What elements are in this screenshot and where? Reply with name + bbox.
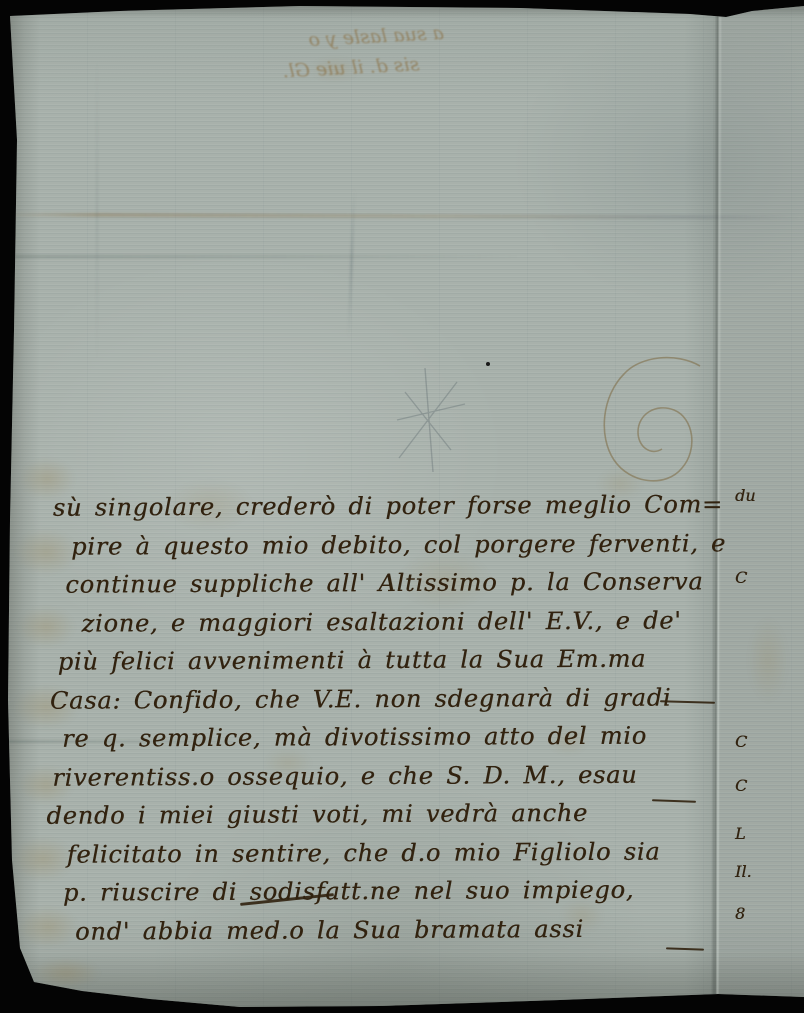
- right-page-fragment: du: [735, 486, 756, 505]
- vertical-wrinkle: [96, 60, 98, 360]
- right-page-fragment: C: [735, 776, 747, 795]
- right-page-fragment: Il.: [735, 862, 752, 881]
- manuscript-line: re q. semplice, mà divotissimo atto del …: [62, 716, 736, 758]
- manuscript-line: zione, e maggiori esaltazioni dell' E.V.…: [81, 601, 735, 643]
- scanned-letter-image: a sua lasle y o sis d. il uie Gl. sù sin…: [0, 0, 804, 1013]
- manuscript-line: felicitato in sentire, che d.o mio Figli…: [67, 832, 737, 874]
- showthrough-stain: [18, 952, 114, 994]
- manuscript-line: continue suppliche all' Altissimo p. la …: [65, 562, 735, 604]
- manuscript-paper-sheet: a sua lasle y o sis d. il uie Gl. sù sin…: [0, 0, 804, 1013]
- pencil-star-mark: [385, 362, 475, 477]
- manuscript-line: p. riuscire di sodisfatt.ne nel suo impi…: [63, 870, 737, 912]
- right-page-fragment: 8: [735, 904, 745, 923]
- ink-speck: [486, 362, 490, 366]
- letter-text-block: sù singolare, crederò di poter forse meg…: [45, 485, 737, 951]
- manuscript-line: sù singolare, crederò di poter forse meg…: [53, 485, 735, 527]
- right-page-fragment: C: [735, 568, 747, 587]
- right-page-fragment: C: [735, 732, 747, 751]
- right-page-fragment: L: [735, 824, 746, 843]
- vertical-wrinkle: [347, 188, 355, 338]
- manuscript-line: riverentiss.o ossequio, e che S. D. M., …: [52, 755, 736, 797]
- manuscript-line: dendo i miei giusti voti, mi vedrà anche: [46, 793, 736, 835]
- manuscript-line: Casa: Confido, che V.E. non sdegnarà di …: [50, 678, 736, 720]
- manuscript-line: ond' abbia med.o la Sua bramata assi: [75, 909, 737, 951]
- showthrough-mirrored-text: a sua lasle y o sis d. il uie Gl.: [133, 18, 446, 102]
- showthrough-stain: [740, 600, 796, 720]
- showthrough-flourish-spiral: [588, 352, 708, 502]
- manuscript-line: più felici avvenimenti à tutta la Sua Em…: [58, 639, 736, 681]
- left-edge-shadow: [6, 10, 40, 1000]
- manuscript-line: pire à questo mio debito, col porgere fe…: [71, 524, 735, 566]
- horizontal-fold-crease: [0, 255, 520, 258]
